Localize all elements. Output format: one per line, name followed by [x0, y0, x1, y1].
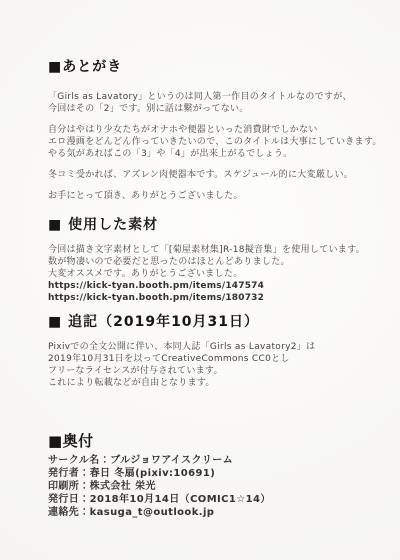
materials-paragraph: 今回は描き文字素材として「[菊屋素材集]R-18擬音集」を使用しています。 数が…	[48, 244, 382, 304]
materials-text-line: 今回は描き文字素材として「[菊屋素材集]R-18擬音集」を使用しています。	[48, 244, 382, 256]
colophon-heading: ■奥付	[48, 431, 382, 451]
postscript-heading: ■ 追記（2019年10月31日）	[48, 313, 382, 331]
postscript-text-line: 2019年10月31日を以ってCreativeCommons CC0とし	[48, 353, 382, 365]
postscript-text-line: Pixivでの全文公開に伴い、本同人誌「Girls as Lavatory2」は	[48, 341, 382, 353]
materials-heading: ■ 使用した素材	[48, 216, 382, 234]
afterword-paragraph-2: 自分はやはり少女たちがオナホや便器といった消費財でしかない エロ漫画をどんどん作…	[48, 124, 382, 160]
postscript-paragraph: Pixivでの全文公開に伴い、本同人誌「Girls as Lavatory2」は…	[48, 341, 382, 389]
materials-text-line: 大変オススメです。ありがとうございました。	[48, 268, 382, 280]
materials-section: ■ 使用した素材 今回は描き文字素材として「[菊屋素材集]R-18擬音集」を使用…	[48, 216, 382, 304]
afterword-text-line: 「Girls as Lavatory」というのは同人第一作目のタイトルなのですが…	[48, 91, 382, 103]
afterword-text-line: お手にとって頂き、ありがとうございました。	[48, 190, 382, 202]
afterword-paragraph-1: 「Girls as Lavatory」というのは同人第一作目のタイトルなのですが…	[48, 91, 382, 115]
afterword-text-line: エロ漫画をどんどん作っていきたいので、このタイトルは大事にしていきます。	[48, 136, 382, 148]
afterword-section: ■あとがき 「Girls as Lavatory」というのは同人第一作目のタイト…	[48, 58, 382, 202]
afterword-text-line: 冬コミ受かれば、アズレン肉便器本です。スケジュール的に大変厳しい。	[48, 169, 382, 181]
circle-name-line: サークル名：ブルジョワアイスクリーム	[48, 454, 382, 467]
afterword-paragraph-3: 冬コミ受かれば、アズレン肉便器本です。スケジュール的に大変厳しい。	[48, 169, 382, 181]
booth-url-text: https://kick-tyan.booth.pm/items/147574	[48, 280, 382, 292]
postscript-section: ■ 追記（2019年10月31日） Pixivでの全文公開に伴い、本同人誌「Gi…	[48, 313, 382, 389]
scanned-afterword-page: ■あとがき 「Girls as Lavatory」というのは同人第一作目のタイト…	[0, 0, 400, 560]
afterword-text-line: 自分はやはり少女たちがオナホや便器といった消費財でしかない	[48, 124, 382, 136]
booth-url-text: https://kick-tyan.booth.pm/items/180732	[48, 292, 382, 304]
publication-date-line: 発行日：2018年10月14日（COMIC1☆14）	[48, 493, 382, 506]
afterword-heading: ■あとがき	[48, 58, 382, 76]
postscript-text-line: これにより転載などが自由となります。	[48, 377, 382, 389]
materials-text-line: 数が物凄いので必要だと思ったのはほとんどありました。	[48, 256, 382, 268]
afterword-paragraph-4: お手にとって頂き、ありがとうございました。	[48, 190, 382, 202]
afterword-text-line: 今回はその「2」です。別に話は繋がってない。	[48, 103, 382, 115]
printer-line: 印刷所：株式会社 栄光	[48, 480, 382, 493]
colophon-body: サークル名：ブルジョワアイスクリーム 発行者：春日 冬扇(pixiv:10691…	[48, 454, 382, 519]
publisher-line: 発行者：春日 冬扇(pixiv:10691)	[48, 467, 382, 480]
colophon-section: ■奥付 サークル名：ブルジョワアイスクリーム 発行者：春日 冬扇(pixiv:1…	[48, 431, 382, 519]
contact-email-line: 連絡先：kasuga_t@outlook.jp	[48, 506, 382, 519]
postscript-text-line: フリーなライセンスが付与されています。	[48, 365, 382, 377]
afterword-text-line: やる気があればこの「3」や「4」が出来上がるでしょう。	[48, 148, 382, 160]
